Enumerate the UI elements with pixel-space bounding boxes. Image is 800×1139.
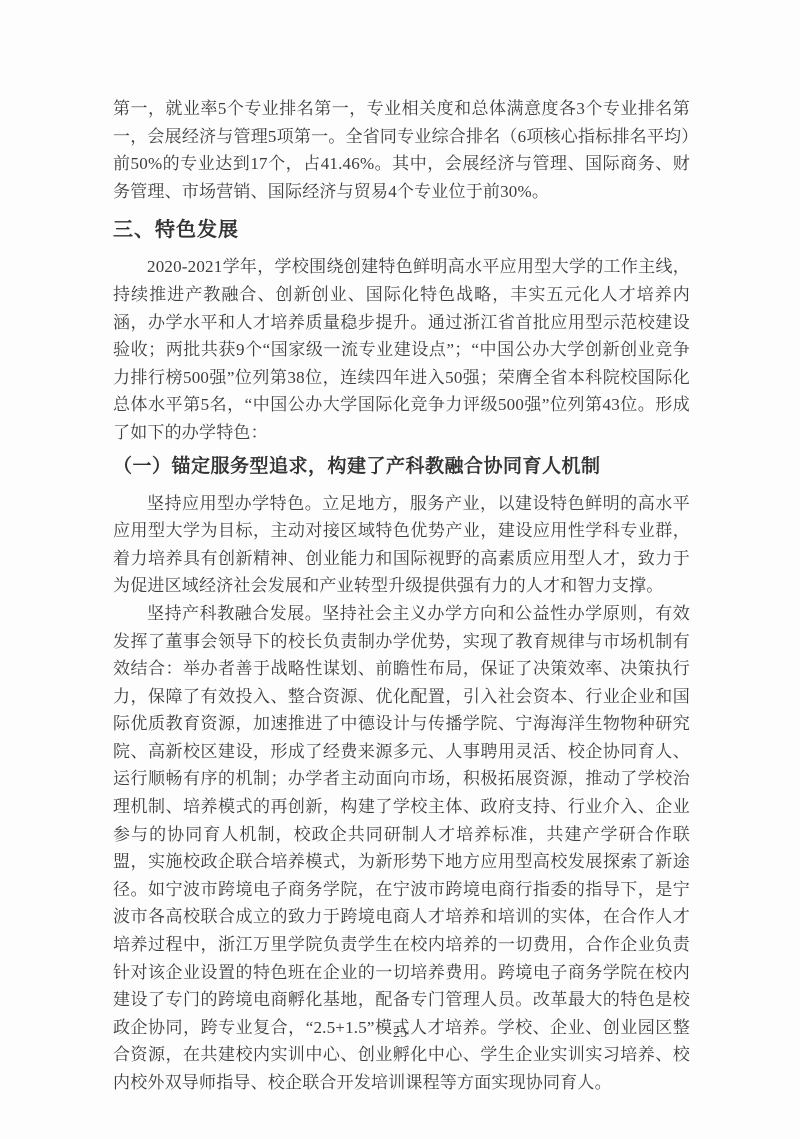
paragraph-industry-science-education-integration: 坚持产科教融合发展。坚持社会主义办学方向和公益性办学原则，有效发挥了董事会领导下… — [113, 600, 690, 1097]
paragraph-employment-ranking: 第一，就业率5个专业排名第一，专业相关度和总体满意度各3个专业排名第一，会展经济… — [113, 95, 690, 205]
paragraph-application-oriented: 坚持应用型办学特色。立足地方，服务产业，以建设特色鲜明的高水平应用型大学为目标，… — [113, 490, 690, 600]
paragraph-academic-year-overview: 2020-2021学年，学校围绕创建特色鲜明高水平应用型大学的工作主线，持续推进… — [113, 253, 690, 446]
document-page: 第一，就业率5个专业排名第一，专业相关度和总体满意度各3个专业排名第一，会展经济… — [0, 0, 800, 1139]
section-heading-featured-development: 三、特色发展 — [113, 216, 690, 244]
subsection-heading-service-orientation: （一）锚定服务型追求，构建了产科教融合协同育人机制 — [113, 453, 690, 481]
page-number: 25 — [0, 1026, 800, 1042]
text-block: 第一，就业率5个专业排名第一，专业相关度和总体满意度各3个专业排名第一，会展经济… — [113, 95, 690, 1097]
